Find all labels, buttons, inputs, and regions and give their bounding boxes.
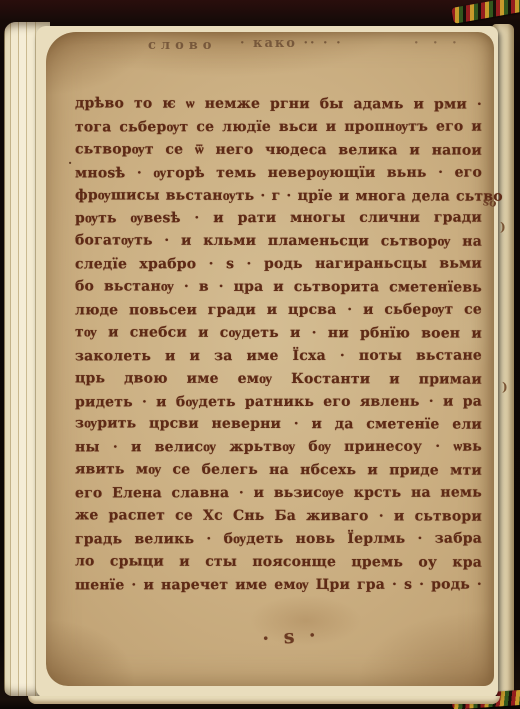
text-line: явить мѹ се белегь на нбсехь и приде мти <box>75 459 482 483</box>
margin-ink-mark: ) <box>500 220 506 234</box>
text-line: же распет се Хс Снь Ба живаго · и сьтвор… <box>75 504 482 528</box>
running-title-right: · како ·· · · <box>240 36 343 51</box>
text-line: градь великь · бѹдеть новь Їерлмь · забр… <box>75 527 482 551</box>
text-line: рѹть ѹвеѕѣ · и рати многы слични гради <box>75 207 482 231</box>
marginal-note: ѕо <box>482 195 497 210</box>
running-title-dots: · · · <box>414 36 462 51</box>
text-line: црь двою име емѹ Костанти и примаи <box>75 367 482 391</box>
text-line: богатѹть · и кльми пламеньсци сьтворѹ на <box>75 230 482 254</box>
text-line: дрѣво то ѥ ѡ немже ргни бы адамь и рми · <box>75 92 482 116</box>
text-line: бо вьстанѹ · в · цра и сьтворита сметенї… <box>75 275 482 299</box>
manuscript-text-block: дрѣво то ѥ ѡ немже ргни бы адамь и рми ·… <box>75 93 482 597</box>
text-line: ны · и велисѹ жрьтвѹ бѹ принесоу · ѡвь <box>75 436 482 460</box>
text-line: мноѕѣ · ѹгорѣ темь неверѹющїи вьнь · его <box>75 161 482 185</box>
text-line: фрѹшисы вьстанѹть · г · црїе и многа дел… <box>75 184 482 208</box>
text-line: его Елена славна · и вьзисѹе крсть на не… <box>75 482 482 506</box>
text-line: сьтворѹт се ѿ него чюдеса велика и напои <box>75 138 482 162</box>
margin-ink-dot: · <box>68 156 72 170</box>
endband-ribbon-top <box>451 0 520 24</box>
manuscript-page: слово · како ·· · · · · · дрѣво то ѥ ѡ н… <box>36 26 498 698</box>
manuscript-photo: слово · како ·· · · · · · дрѣво то ѥ ѡ н… <box>0 0 520 709</box>
text-line: тога сьберѹт се людїе вьси и пропнѹтъ ег… <box>75 115 482 139</box>
text-line: зѹрить црсви неверни · и да сметенїе ели <box>75 413 482 437</box>
margin-ink-mark: ) <box>502 380 508 394</box>
text-line: тѹ и снебси и сѹдеть и · ни рбнїю воен и <box>75 321 482 345</box>
text-line: заколеть и и за име Їсха · поты вьстане <box>75 344 482 368</box>
text-line: ло срыци и сты поясонще цремь оу кра <box>75 550 482 574</box>
text-line: люде повьсеи гради и црсва · и сьберѹт с… <box>75 299 482 323</box>
text-line: шенїе · и наречет име емѹ Цри гра · ѕ · … <box>75 573 482 597</box>
running-title-left: слово <box>148 38 216 53</box>
text-line: ридеть · и бѹдеть ратникь его явлень · и… <box>75 390 482 414</box>
text-line: следїе храбро · ѕ · родь нагираньсцы вьм… <box>75 253 482 277</box>
